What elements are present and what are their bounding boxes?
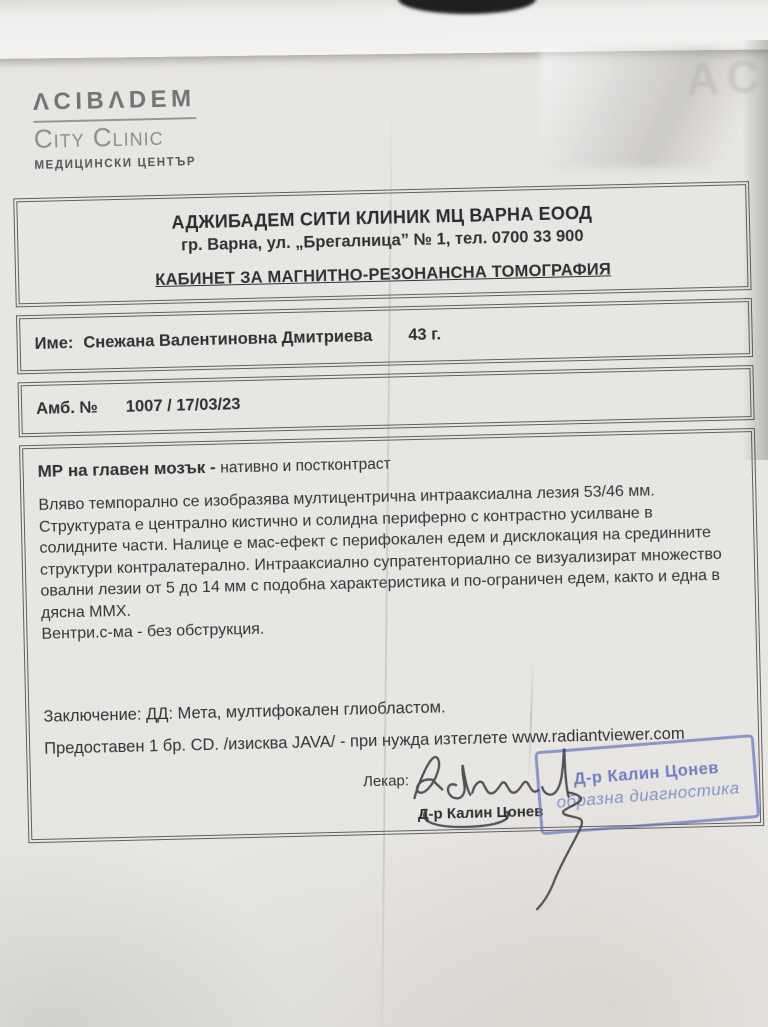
visit-number-label: Амб. № (36, 398, 98, 417)
patient-age: 43 г. (408, 325, 441, 344)
clinic-header-box: АДЖИБАДЕМ СИТИ КЛИНИК МЦ ВАРНА ЕООД гр. … (13, 181, 751, 307)
patient-name: Снежана Валентиновна Дмитриева (83, 327, 372, 352)
study-subtitle: нативно и постконтраст (220, 456, 391, 477)
clinic-logo: ΛCIBΛDEM City Clinic МЕДИЦИНСКИ ЦЕНТЪР (33, 85, 205, 172)
patient-box: Име:Снежана Валентиновна Дмитриева43 г. (16, 298, 753, 374)
document-photo: ACI ΛCIBΛDEM City Clinic МЕДИЦИНСКИ ЦЕНТ… (0, 0, 768, 1027)
patient-name-label: Име: (34, 334, 73, 353)
acibadem-wordmark: ΛCIBΛDEM (33, 85, 204, 117)
study-title: МР на главен мозък - (37, 458, 215, 481)
conclusion-text: Заключение: ДД: Мета, мултифокален глиоб… (43, 691, 743, 726)
visit-number-value: 1007 / 17/03/23 (126, 395, 241, 416)
visit-box: Амб. №1007 / 17/03/23 (18, 365, 755, 437)
logo-tagline: МЕДИЦИНСКИ ЦЕНТЪР (34, 156, 204, 172)
department-title: КАБИНЕТ ЗА МАГНИТНО-РЕЗОНАНСНА ТОМОГРАФИ… (27, 257, 739, 293)
findings-text: Вляво темпорално се изобразява мултицент… (38, 478, 741, 623)
doctor-label: Лекар: (363, 772, 409, 790)
signature-row: Лекар: Д-р Калин Цонев Д-р Калин Цонев о… (45, 756, 747, 858)
cityclinic-wordmark: City Clinic (33, 120, 204, 155)
report-box: МР на главен мозък - нативно и постконтр… (19, 428, 764, 843)
signature-scribble (407, 741, 611, 921)
